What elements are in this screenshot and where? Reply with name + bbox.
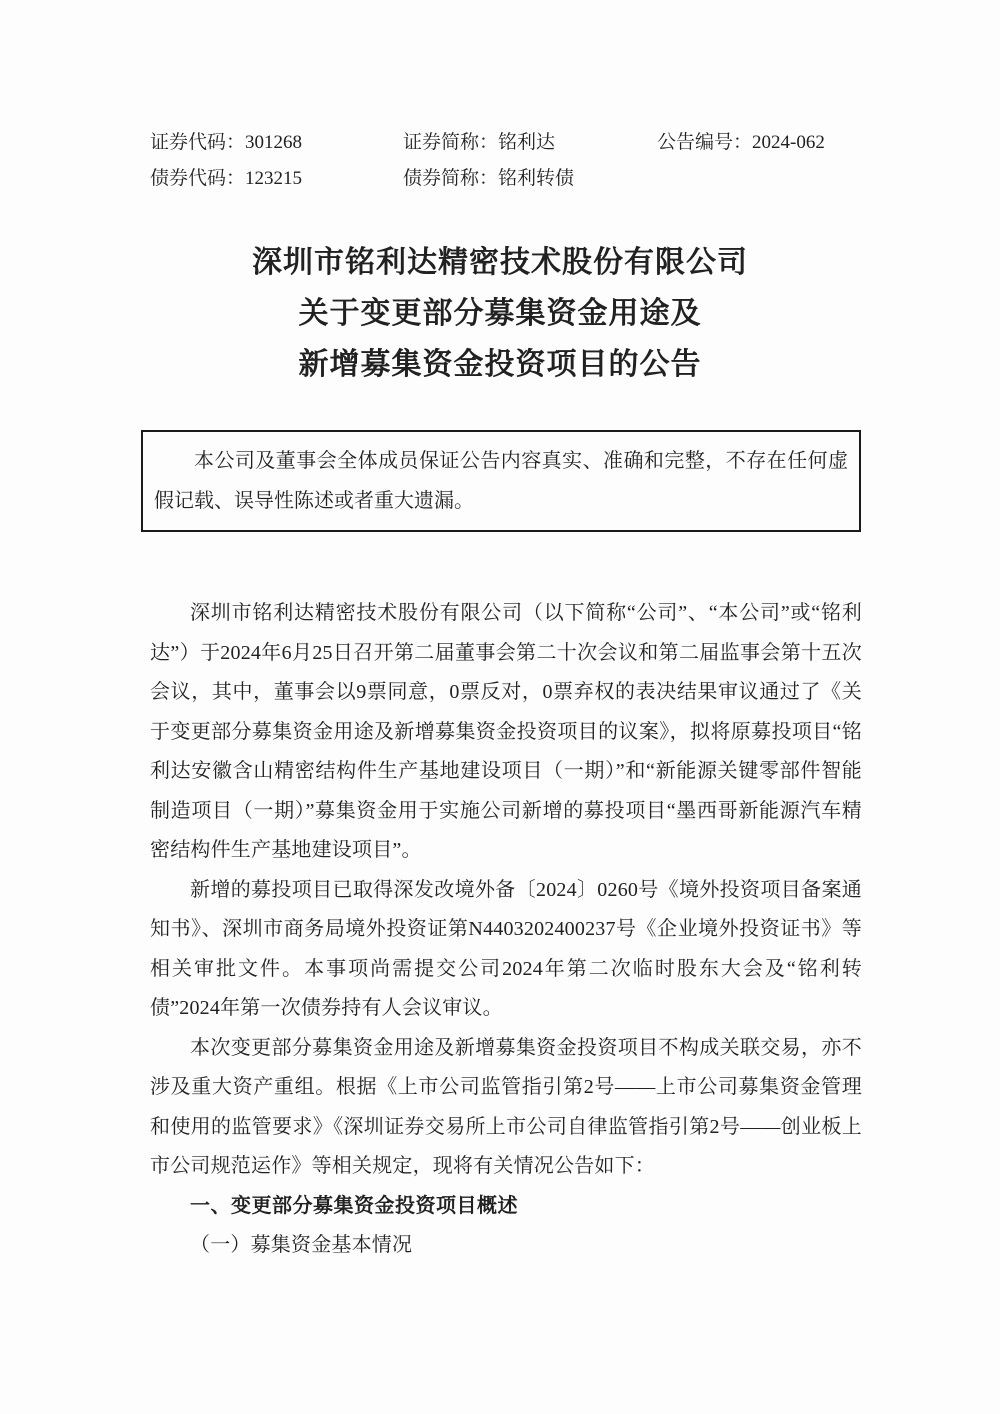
announcement-page: 证券代码：301268 证券简称：铭利达 公告编号：2024-062 债券代码：… [0,0,1000,1414]
announcement-number: 公告编号：2024-062 [657,131,825,155]
announcement-body: 深圳市铭利达精密技术股份有限公司（以下简称“公司”、“本公司”或“铭利达”）于2… [150,594,862,1266]
securities-code: 证券代码：301268 [150,131,302,155]
securities-name: 证券简称：铭利达 [403,131,555,155]
bond-code: 债券代码：123215 [150,167,302,191]
title-line-company: 深圳市铭利达精密技术股份有限公司 [0,237,1000,288]
body-paragraph-regulations: 本次变更部分募集资金用途及新增募集资金投资项目不构成关联交易，亦不涉及重大资产重… [150,1029,862,1187]
header-row-bond: 债券代码：123215 债券简称：铭利转债 [150,167,862,203]
board-statement-box: 本公司及董事会全体成员保证公告内容真实、准确和完整，不存在任何虚假记载、误导性陈… [141,430,861,532]
body-paragraph-approvals: 新增的募投项目已取得深发改境外备〔2024〕0260号《境外投资项目备案通知书》… [150,871,862,1029]
title-line-subject-2: 新增募集资金投资项目的公告 [0,339,1000,390]
body-paragraph-resolution: 深圳市铭利达精密技术股份有限公司（以下简称“公司”、“本公司”或“铭利达”）于2… [150,594,862,871]
section-heading-overview: 一、变更部分募集资金投资项目概述 [150,1187,862,1227]
board-statement-text: 本公司及董事会全体成员保证公告内容真实、准确和完整，不存在任何虚假记载、误导性陈… [154,441,848,521]
header-row-securities: 证券代码：301268 证券简称：铭利达 公告编号：2024-062 [150,131,862,167]
title-line-subject-1: 关于变更部分募集资金用途及 [0,288,1000,339]
header-meta: 证券代码：301268 证券简称：铭利达 公告编号：2024-062 债券代码：… [150,131,862,203]
bond-name: 债券简称：铭利转债 [403,167,574,191]
document-title: 深圳市铭利达精密技术股份有限公司 关于变更部分募集资金用途及 新增募集资金投资项… [0,237,1000,390]
subsection-heading-fund-basics: （一）募集资金基本情况 [150,1226,862,1266]
